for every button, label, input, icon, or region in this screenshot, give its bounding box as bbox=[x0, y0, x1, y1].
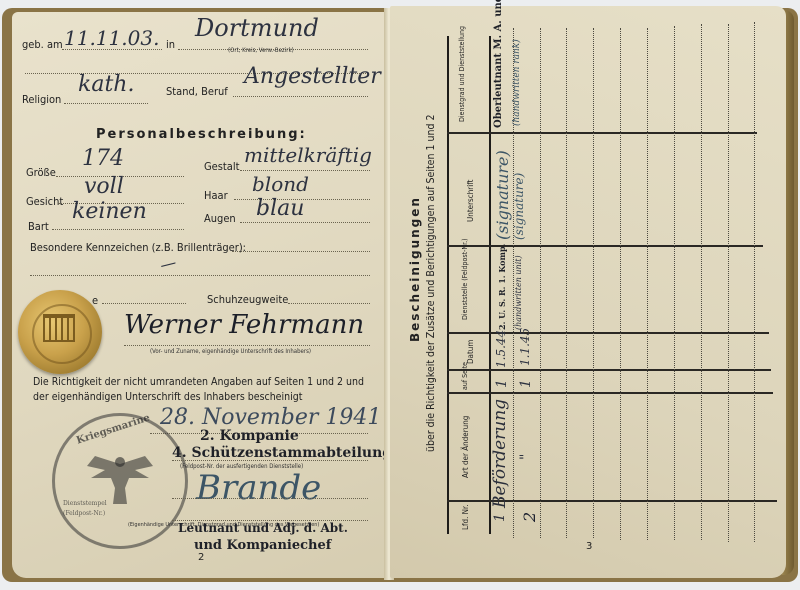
hair-value: blond bbox=[252, 172, 309, 196]
row2-seite: 1 bbox=[518, 379, 534, 388]
row2-lfd-nr: 2 bbox=[520, 512, 539, 522]
beard-label: Bart bbox=[28, 220, 49, 233]
col-header-art: Art der Änderung bbox=[461, 416, 470, 478]
officer-stamp-line-1: Leutnant und Adj. d. Abt. bbox=[178, 521, 348, 535]
holder-signature: Werner Fehrmann bbox=[124, 310, 364, 340]
holder-signature-line bbox=[124, 345, 370, 346]
right-page-number: 3 bbox=[586, 541, 592, 552]
build-line bbox=[240, 170, 370, 171]
certification-line-2: der eigenhändigen Unterschrift des Inhab… bbox=[33, 391, 302, 403]
build-value: mittelkräftig bbox=[244, 143, 372, 167]
kriegsmarine-seal: Kriegsmarine Dienststempel (Feldpost-Nr.… bbox=[52, 413, 188, 549]
unit-line bbox=[172, 460, 368, 461]
eyes-value: blau bbox=[256, 196, 304, 221]
shoe-line bbox=[288, 303, 370, 304]
right-page-title: Bescheinigungen bbox=[408, 196, 422, 342]
row-divider bbox=[447, 132, 757, 134]
right-page bbox=[390, 6, 786, 578]
row2-unterschrift: (signature) bbox=[512, 173, 526, 240]
beard-value: keinen bbox=[72, 199, 147, 224]
officer-stamp-line-2: und Kompaniechef bbox=[194, 538, 331, 553]
col-header-datum: Datum bbox=[466, 340, 475, 364]
shoe-line-left bbox=[102, 303, 186, 304]
marks-label: Besondere Kennzeichen (z.B. Brillenträge… bbox=[30, 241, 246, 254]
row1-dienstgrad: Oberleutnant M. A. und Kompaniechef bbox=[493, 0, 504, 128]
officer-signature-line bbox=[172, 498, 368, 499]
row1-dienststelle: 2. U. S. R. 1. Komp. bbox=[497, 244, 507, 330]
holder-signature-caption: (Vor- und Zuname, eigenhändige Unterschr… bbox=[150, 348, 311, 355]
row1-datum: 1.5.44 bbox=[494, 330, 508, 368]
row-divider bbox=[447, 245, 763, 247]
eyes-line bbox=[240, 222, 370, 223]
birth-date-value: 11.11.03. bbox=[64, 26, 159, 50]
birth-place-hint: (Ort, Kreis, Verw.-Bezirk) bbox=[228, 47, 294, 54]
birth-label: geb. am bbox=[22, 38, 63, 51]
table-left-border bbox=[447, 36, 449, 534]
col-header-seite: auf Seite bbox=[461, 362, 469, 390]
face-value: voll bbox=[84, 174, 124, 199]
entry-line bbox=[647, 28, 648, 540]
religion-value: kath. bbox=[78, 72, 134, 97]
row2-dienststelle: (handwritten unit) bbox=[514, 255, 523, 330]
right-page-subtitle: über die Richtigkeit der Zusätze und Ber… bbox=[425, 115, 437, 452]
marks-line bbox=[232, 251, 370, 252]
birth-in-label: in bbox=[166, 38, 175, 51]
entry-line bbox=[701, 24, 702, 540]
entry-line bbox=[754, 22, 755, 542]
face-label: Gesicht bbox=[26, 195, 63, 208]
left-page-number: 2 bbox=[198, 552, 204, 563]
height-label: Größe bbox=[26, 166, 56, 179]
row1-seite: 1 bbox=[494, 379, 510, 388]
unit-stamp-line-2: 4. Schützenstammabteilung bbox=[172, 445, 392, 461]
occupation-line bbox=[233, 96, 368, 97]
birth-place-value: Dortmund bbox=[195, 14, 319, 42]
entry-line bbox=[620, 28, 621, 540]
occupation-value: Angestellter bbox=[244, 64, 381, 89]
occupation-label: Stand, Beruf bbox=[166, 85, 228, 98]
height-value: 174 bbox=[82, 146, 124, 171]
issue-date: 28. November 1941 bbox=[160, 405, 381, 430]
eyes-label: Augen bbox=[204, 212, 236, 225]
row2-dienstgrad: (handwritten rank) bbox=[512, 39, 522, 126]
row2-art: " bbox=[518, 454, 534, 460]
shoe-label: Schuhzeugweite bbox=[207, 293, 288, 306]
brandenburg-gate-icon bbox=[43, 314, 75, 342]
row-divider bbox=[447, 392, 773, 394]
row-divider bbox=[447, 369, 771, 371]
entry-line bbox=[566, 28, 567, 538]
row1-art: Beförderung bbox=[490, 399, 510, 508]
col-header-dienststelle: Dienststelle (Feldpost-Nr.) bbox=[461, 238, 469, 320]
marks-line-2 bbox=[30, 275, 370, 276]
entry-line bbox=[540, 28, 541, 538]
entry-line bbox=[674, 26, 675, 540]
religion-label: Religion bbox=[22, 93, 61, 106]
col-header-dienstgrad: Dienstgrad und Dienststellung bbox=[458, 26, 466, 122]
beard-line bbox=[52, 229, 184, 230]
row2-datum: 1.1.45 bbox=[518, 328, 532, 366]
entry-line bbox=[593, 28, 594, 538]
euro-coin bbox=[18, 290, 102, 374]
unit-stamp-line-1: 2. Kompanie bbox=[200, 428, 299, 444]
build-label: Gestalt bbox=[204, 160, 240, 173]
col-header-unterschrift: Unterschrift bbox=[466, 180, 475, 222]
row1-unterschrift: (signature) bbox=[493, 150, 512, 240]
row1-lfd-nr: 1 bbox=[492, 513, 508, 522]
section-title: Personalbeschreibung: bbox=[96, 127, 307, 142]
officer-signature: Brande bbox=[196, 468, 321, 508]
col-header-lfd-nr: Lfd. Nr. bbox=[461, 504, 470, 530]
religion-line bbox=[64, 103, 148, 104]
entry-line bbox=[728, 24, 729, 542]
certification-line-1: Die Richtigkeit der nicht umrandeten Ang… bbox=[33, 376, 364, 388]
hair-label: Haar bbox=[204, 189, 228, 202]
seal-inner-text-2: (Feldpost-Nr.) bbox=[63, 510, 105, 517]
seal-inner-text-1: Dienststempel bbox=[63, 500, 107, 507]
